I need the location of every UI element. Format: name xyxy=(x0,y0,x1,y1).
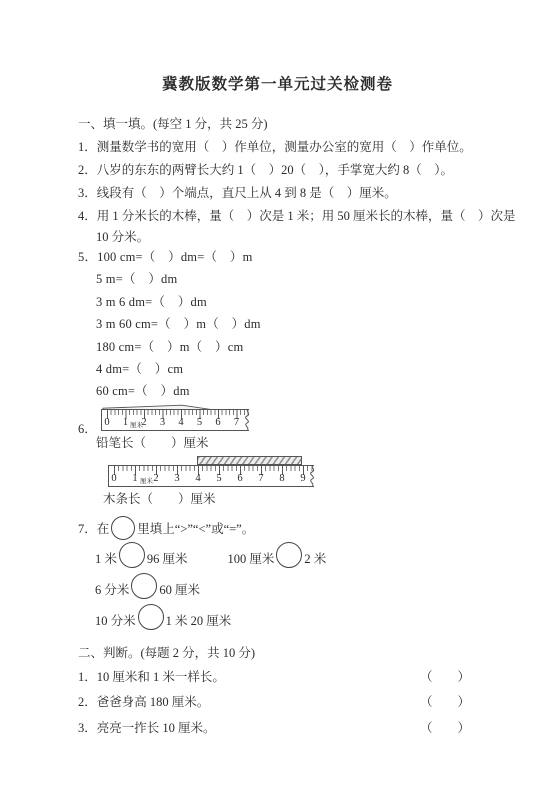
ruler-mark: 2 xyxy=(141,417,146,429)
answer-circle xyxy=(119,542,145,568)
answer-circle xyxy=(131,573,157,599)
ruler-mark: 3 xyxy=(160,417,165,429)
ruler-unit-label: 厘米 xyxy=(140,476,153,485)
ruler-mark: 7 xyxy=(258,473,263,485)
pencil-length-label: 铅笔长（ ）厘米 xyxy=(96,432,314,454)
comparison: 100 厘米2 米 xyxy=(228,552,327,566)
compare-right: 60 厘米 xyxy=(159,583,200,597)
ruler-mark: 1 xyxy=(123,417,128,429)
fill-item-3: 3．线段有（ ）个端点，直尺上从 4 到 8 是（ ）厘米。 xyxy=(78,182,555,205)
worksheet-page: 冀教版数学第一单元过关检测卷 一、填一填。(每空 1 分，共 25 分) 1．测… xyxy=(0,0,555,785)
ruler-mark: 7 xyxy=(234,417,239,429)
ruler-mark: 6 xyxy=(237,473,242,485)
judge-answer-bracket: （ ） xyxy=(420,665,470,691)
compare-right: 96 厘米 xyxy=(147,552,188,566)
wood-ruler-figure: 0 1 厘米 2 3 4 5 6 7 8 9 xyxy=(108,465,314,487)
judge-answer-bracket: （ ） xyxy=(420,716,470,742)
compare-left: 100 厘米 xyxy=(228,552,275,566)
answer-circle xyxy=(111,516,135,540)
comparison: 1 米96 厘米 xyxy=(95,552,188,566)
conversion-line: 60 cm=（ ）dm xyxy=(96,380,555,402)
ruler: 0 1 厘米 2 3 4 5 6 7 8 9 xyxy=(108,465,314,487)
section2-header: 二、判断。(每题 2 分，共 10 分) xyxy=(78,641,555,665)
ruler-mark: 0 xyxy=(104,417,109,429)
ruler-mark: 2 xyxy=(153,473,158,485)
ruler-mark: 4 xyxy=(178,417,183,429)
comparison-row: 1 米96 厘米100 厘米2 米 xyxy=(95,542,555,573)
wood-strip xyxy=(197,456,302,465)
conversion-line: 180 cm=（ ）m（ ）cm xyxy=(96,336,555,358)
answer-circle xyxy=(276,542,302,568)
judge-text: 3．亮亮一拃长 10 厘米。 xyxy=(78,716,216,742)
comparison: 10 分米1 米 20 厘米 xyxy=(95,614,231,628)
q7-header-post: 里填上“>”“<”或“=”。 xyxy=(137,522,254,536)
answer-circle xyxy=(138,604,164,630)
conversion-line: 3 m 60 cm=（ ）m（ ）dm xyxy=(96,313,555,335)
comparison-row: 10 分米1 米 20 厘米 xyxy=(95,604,555,635)
comparison-row: 6 分米60 厘米 xyxy=(95,573,555,604)
wood-length-label: 木条长（ ）厘米 xyxy=(103,488,314,510)
conversion-line: 4 dm=（ ）cm xyxy=(96,358,555,380)
question-number: 6． xyxy=(78,403,96,510)
worksheet-content: 一、填一填。(每空 1 分，共 25 分) 1．测量数学书的宽用（ ）作单位，测… xyxy=(78,112,555,741)
judge-answer-bracket: （ ） xyxy=(420,690,470,716)
ruler-mark: 9 xyxy=(300,473,305,485)
conversion-line: 5 m=（ ）dm xyxy=(96,268,555,290)
ruler-break-icon xyxy=(307,465,317,486)
page-title: 冀教版数学第一单元过关检测卷 xyxy=(0,0,555,94)
ruler-mark: 8 xyxy=(279,473,284,485)
fill-item-4: 4．用 1 分米长的木棒，量（ ）次是 1 米；用 50 厘米长的木棒，量（ ）… xyxy=(78,205,555,228)
ruler-mark: 3 xyxy=(174,473,179,485)
judge-item: 3．亮亮一拃长 10 厘米。 （ ） xyxy=(78,716,470,742)
fill-item-1: 1．测量数学书的宽用（ ）作单位，测量办公室的宽用（ ）作单位。 xyxy=(78,136,555,159)
conversion-line: 3 m 6 dm=（ ）dm xyxy=(96,291,555,313)
ruler-mark: 1 xyxy=(132,473,137,485)
section1-header: 一、填一填。(每空 1 分，共 25 分) xyxy=(78,112,555,136)
fill-item-2: 2．八岁的东东的两臂长大约 1（ ）20（ ），手掌宽大约 8（ ）。 xyxy=(78,159,555,182)
compare-left: 1 米 xyxy=(95,552,117,566)
ruler-break-icon xyxy=(242,409,252,430)
conversion-line: 5．100 cm=（ ）dm=（ ）m xyxy=(78,246,555,268)
pencil-ruler-figure: 0 1 厘米 2 3 4 5 6 7 xyxy=(101,409,314,431)
q7-header: 7．在里填上“>”“<”或“=”。 xyxy=(78,516,555,542)
compare-right: 1 米 20 厘米 xyxy=(166,614,232,628)
judge-item: 2．爸爸身高 180 厘米。 （ ） xyxy=(78,690,470,716)
ruler: 0 1 厘米 2 3 4 5 6 7 xyxy=(101,409,249,431)
question-number: 7． xyxy=(78,522,97,536)
q7-header-pre: 在 xyxy=(97,522,110,536)
ruler-mark: 5 xyxy=(197,417,202,429)
compare-left: 10 分米 xyxy=(95,614,136,628)
ruler-mark: 4 xyxy=(195,473,200,485)
comparison: 6 分米60 厘米 xyxy=(95,583,200,597)
judge-item: 1．10 厘米和 1 米一样长。 （ ） xyxy=(78,665,470,691)
question-7: 7．在里填上“>”“<”或“=”。 1 米96 厘米100 厘米2 米 6 分米… xyxy=(78,516,555,635)
judge-text: 1．10 厘米和 1 米一样长。 xyxy=(78,665,225,691)
compare-left: 6 分米 xyxy=(95,583,129,597)
ruler-mark: 0 xyxy=(111,473,116,485)
judge-text: 2．爸爸身高 180 厘米。 xyxy=(78,690,209,716)
fill-item-4-continuation: 10 分米。 xyxy=(96,228,555,246)
ruler-mark: 6 xyxy=(215,417,220,429)
ruler-figures: 0 1 厘米 2 3 4 5 6 7 铅笔长（ ）厘米 xyxy=(96,403,314,510)
ruler-mark: 5 xyxy=(216,473,221,485)
compare-right: 2 米 xyxy=(304,552,326,566)
question-6: 6． 0 1 厘米 2 3 4 5 6 7 xyxy=(78,403,555,510)
